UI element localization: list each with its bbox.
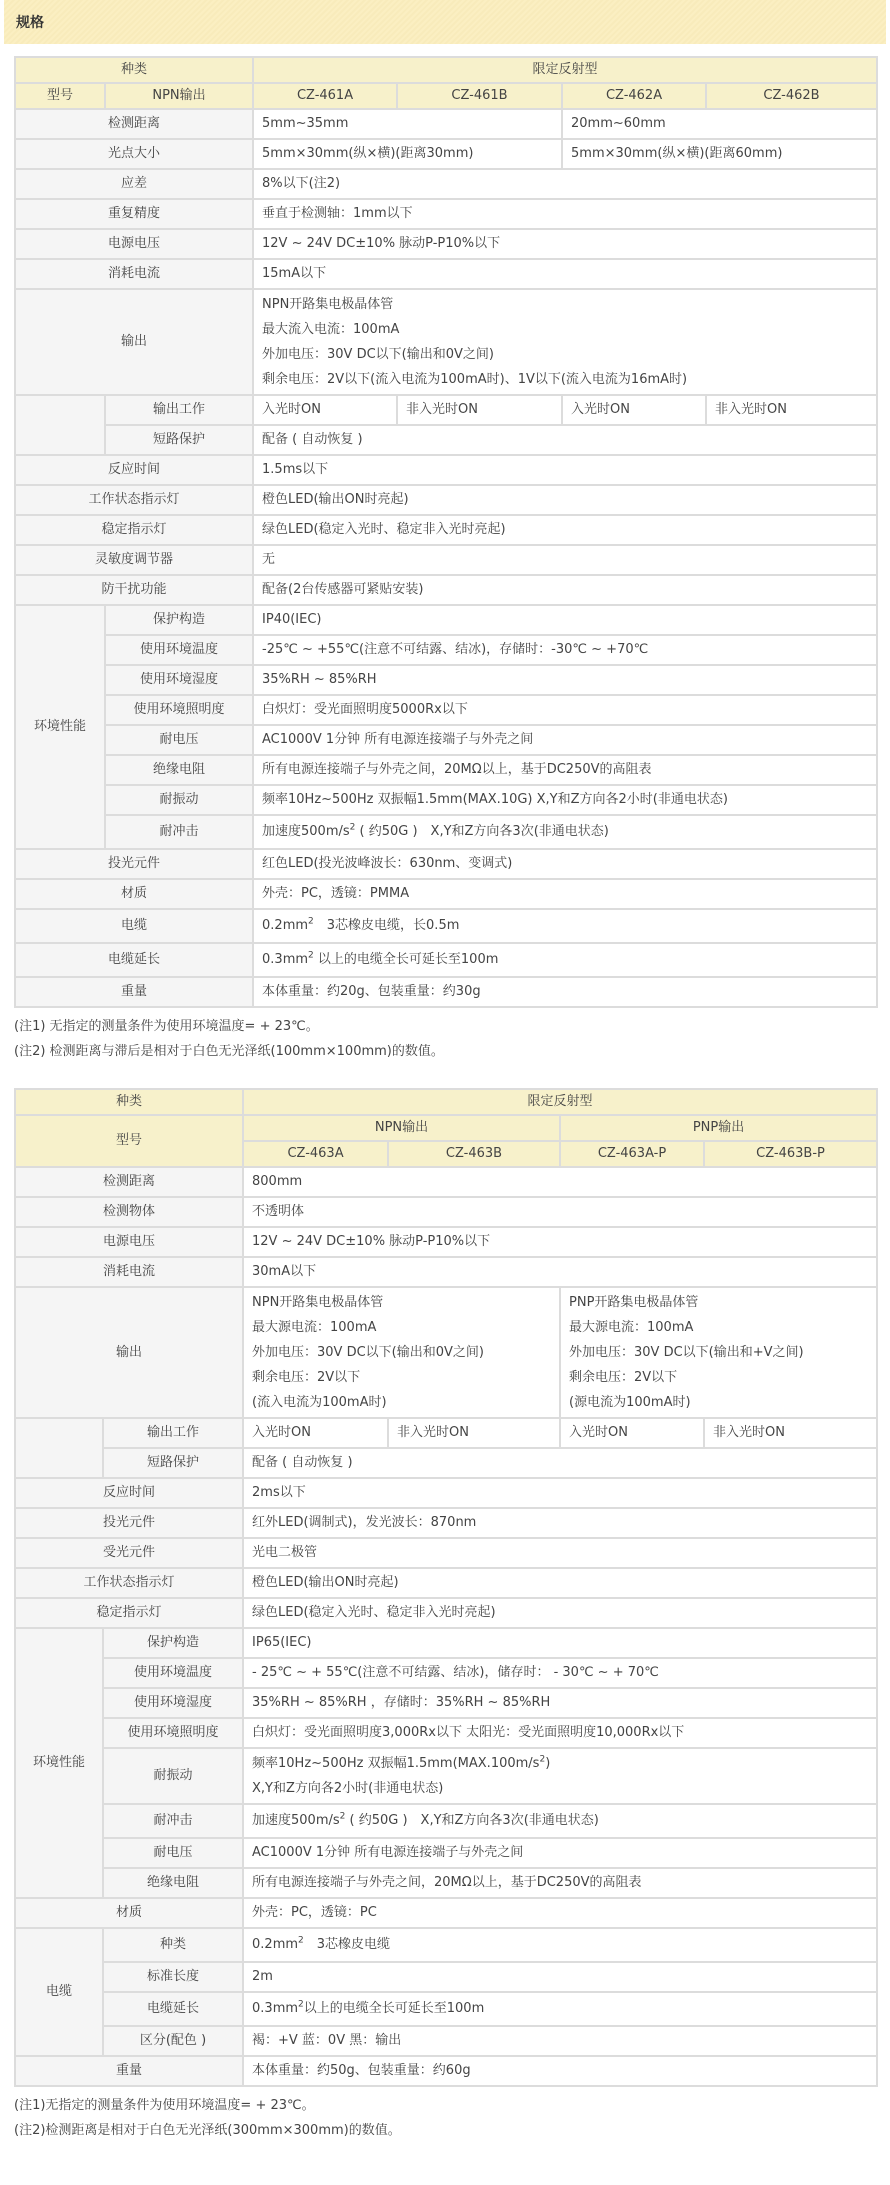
table-row: 电缆 种类 0.2mm2 3芯橡皮电缆: [15, 1928, 877, 1962]
row-label: 应差: [15, 169, 253, 199]
table-row: 环境性能 保护构造 IP65(IEC): [15, 1628, 877, 1658]
type-label: 种类: [15, 57, 253, 83]
row-label: 消耗电流: [15, 259, 253, 289]
row-label: 电缆延长: [15, 943, 253, 977]
row-label: 耐冲击: [103, 1804, 243, 1838]
row-label: 受光元件: [15, 1538, 243, 1568]
table-row: 区分(配色 ) 褐：+V 蓝：0V 黑：输出: [15, 2026, 877, 2056]
table-row: 电缆延长 0.3mm2 以上的电缆全长可延长至100m: [15, 943, 877, 977]
row-value: 所有电源连接端子与外壳之间，20MΩ以上，基于DC250V的高阻表: [253, 755, 877, 785]
table-row: 种类 限定反射型: [15, 1089, 877, 1115]
table-row: 工作状态指示灯 橙色LED(输出ON时亮起): [15, 485, 877, 515]
table-row: 输出工作 入光时ON 非入光时ON 入光时ON 非入光时ON: [15, 1418, 877, 1448]
row-label: 标准长度: [103, 1962, 243, 1992]
row-value: 0.2mm2 3芯橡皮电缆，长0.5m: [253, 909, 877, 943]
table-row: 绝缘电阻 所有电源连接端子与外壳之间，20MΩ以上，基于DC250V的高阻表: [15, 755, 877, 785]
row-label: 电缆延长: [103, 1992, 243, 2026]
row-label: 保护构造: [103, 1628, 243, 1658]
row-value: 0.3mm2以上的电缆全长可延长至100m: [243, 1992, 877, 2026]
output-spec: NPN开路集电极晶体管 最大流入电流：100mA 外加电压：30V DC以下(输…: [253, 289, 877, 395]
row-value: 5mm~35mm: [253, 109, 562, 139]
table-row: 型号 NPN输出 PNP输出: [15, 1115, 877, 1141]
table-row: 耐振动 频率10Hz~500Hz 双振幅1.5mm(MAX.100m/s2) X…: [15, 1748, 877, 1804]
row-label: 灵敏度调节器: [15, 545, 253, 575]
row-label: 耐电压: [103, 1838, 243, 1868]
row-value: 入光时ON: [562, 395, 706, 425]
model-label: 型号: [15, 83, 105, 109]
table-row: 受光元件 光电二极管: [15, 1538, 877, 1568]
table-row: 绝缘电阻 所有电源连接端子与外壳之间，20MΩ以上，基于DC250V的高阻表: [15, 1868, 877, 1898]
output-line: 最大流入电流：100mA: [262, 317, 868, 342]
row-value: 橙色LED(输出ON时亮起): [243, 1568, 877, 1598]
row-label: 短路保护: [103, 1448, 243, 1478]
table-row: 消耗电流 30mA以下: [15, 1257, 877, 1287]
row-label: 绝缘电阻: [105, 755, 253, 785]
group-cell: [15, 395, 105, 455]
pnp-output-label: PNP输出: [560, 1115, 877, 1141]
table-row: 使用环境照明度 白炽灯：受光面照明度3,000Rx以下 太阳光：受光面照明度10…: [15, 1718, 877, 1748]
row-label: 使用环境温度: [105, 635, 253, 665]
row-value: 无: [253, 545, 877, 575]
table-row: 投光元件 红色LED(投光波峰波长：630nm、变调式): [15, 849, 877, 879]
row-label: 投光元件: [15, 1508, 243, 1538]
row-label: 工作状态指示灯: [15, 485, 253, 515]
row-label: 区分(配色 ): [103, 2026, 243, 2056]
row-value: 30mA以下: [243, 1257, 877, 1287]
row-value: 2m: [243, 1962, 877, 1992]
row-label: 光点大小: [15, 139, 253, 169]
row-value: 入光时ON: [253, 395, 397, 425]
table-row: 稳定指示灯 绿色LED(稳定入光时、稳定非入光时亮起): [15, 515, 877, 545]
model-name: CZ-461B: [397, 83, 562, 109]
table-row: 耐电压 AC1000V 1分钟 所有电源连接端子与外壳之间: [15, 725, 877, 755]
output-line: PNP开路集电极晶体管: [569, 1290, 868, 1315]
model-name: CZ-463A-P: [560, 1141, 704, 1167]
npn-output-spec: NPN开路集电极晶体管 最大源电流：100mA 外加电压：30V DC以下(输出…: [243, 1287, 560, 1418]
row-value: 白炽灯：受光面照明度3,000Rx以下 太阳光：受光面照明度10,000Rx以下: [243, 1718, 877, 1748]
type-label: 种类: [15, 1089, 243, 1115]
table-row: 检测距离 5mm~35mm 20mm~60mm: [15, 109, 877, 139]
row-value: 12V ~ 24V DC±10% 脉动P-P10%以下: [253, 229, 877, 259]
group-label-environment: 环境性能: [15, 1628, 103, 1898]
model-name: CZ-463A: [243, 1141, 388, 1167]
table-row: 电源电压 12V ~ 24V DC±10% 脉动P-P10%以下: [15, 229, 877, 259]
row-value: 非入光时ON: [706, 395, 877, 425]
table-row: 材质 外壳：PC，透镜：PMMA: [15, 879, 877, 909]
table-row: 重量 本体重量：约50g、包装重量：约60g: [15, 2056, 877, 2086]
row-value: 0.2mm2 3芯橡皮电缆: [243, 1928, 877, 1962]
table-row: 防干扰功能 配备(2台传感器可紧贴安装): [15, 575, 877, 605]
table-row: 种类 限定反射型: [15, 57, 877, 83]
output-line: 外加电压：30V DC以下(输出和0V之间): [262, 342, 868, 367]
row-label: 材质: [15, 879, 253, 909]
group-label-cable: 电缆: [15, 1928, 103, 2056]
type-value: 限定反射型: [243, 1089, 877, 1115]
table-row: 短路保护 配备 ( 自动恢复 ): [15, 425, 877, 455]
row-value: 非入光时ON: [397, 395, 562, 425]
table1-notes: (注1) 无指定的测量条件为使用环境温度= + 23℃。 (注2) 检测距离与滞…: [14, 1014, 890, 1064]
row-label: 稳定指示灯: [15, 515, 253, 545]
table-row: 使用环境湿度 35%RH ~ 85%RH: [15, 665, 877, 695]
table-row: 电源电压 12V ~ 24V DC±10% 脉动P-P10%以下: [15, 1227, 877, 1257]
row-value: IP40(IEC): [253, 605, 877, 635]
table-row: 输出 NPN开路集电极晶体管 最大源电流：100mA 外加电压：30V DC以下…: [15, 1287, 877, 1418]
row-value: 外壳：PC，透镜：PC: [243, 1898, 877, 1928]
output-line: (源电流为100mA时): [569, 1390, 868, 1415]
row-label: 使用环境湿度: [105, 665, 253, 695]
row-value: 非入光时ON: [704, 1418, 877, 1448]
row-value: 加速度500m/s2 ( 约50G ) X,Y和Z方向各3次(非通电状态): [253, 815, 877, 849]
row-value: 红外LED(调制式)，发光波长：870nm: [243, 1508, 877, 1538]
row-label: 检测距离: [15, 109, 253, 139]
table-row: 重量 本体重量：约20g、包装重量：约30g: [15, 977, 877, 1007]
row-label: 电源电压: [15, 229, 253, 259]
table-row: 检测距离 800mm: [15, 1167, 877, 1197]
row-value: 入光时ON: [243, 1418, 388, 1448]
group-label-environment: 环境性能: [15, 605, 105, 849]
row-label: 使用环境湿度: [103, 1688, 243, 1718]
row-value: 配备(2台传感器可紧贴安装): [253, 575, 877, 605]
row-value: -25℃ ~ +55℃(注意不可结露、结冰)，存储时：-30℃ ~ +70℃: [253, 635, 877, 665]
row-label: 检测物体: [15, 1197, 243, 1227]
row-value: 35%RH ~ 85%RH: [253, 665, 877, 695]
table-row: 使用环境温度 -25℃ ~ +55℃(注意不可结露、结冰)，存储时：-30℃ ~…: [15, 635, 877, 665]
row-value: 红色LED(投光波峰波长：630nm、变调式): [253, 849, 877, 879]
row-label: 使用环境照明度: [103, 1718, 243, 1748]
row-value: 橙色LED(输出ON时亮起): [253, 485, 877, 515]
row-label: 反应时间: [15, 455, 253, 485]
row-value: 频率10Hz~500Hz 双振幅1.5mm(MAX.10G) X,Y和Z方向各2…: [253, 785, 877, 815]
row-label: 输出: [15, 1287, 243, 1418]
table2-notes: (注1)无指定的测量条件为使用环境温度= + 23℃。 (注2)检测距离是相对于…: [14, 2093, 890, 2143]
output-type-label: NPN输出: [105, 83, 253, 109]
group-cell: [15, 1418, 103, 1478]
row-value: 不透明体: [243, 1197, 877, 1227]
row-value: 配备 ( 自动恢复 ): [243, 1448, 877, 1478]
row-value: 褐：+V 蓝：0V 黑：输出: [243, 2026, 877, 2056]
row-label: 耐冲击: [105, 815, 253, 849]
model-name: CZ-463B-P: [704, 1141, 877, 1167]
row-value: 加速度500m/s2 ( 约50G ) X,Y和Z方向各3次(非通电状态): [243, 1804, 877, 1838]
output-line: 剩余电压：2V以下(流入电流为100mA时)、1V以下(流入电流为16mA时): [262, 367, 868, 392]
row-label: 检测距离: [15, 1167, 243, 1197]
output-line: NPN开路集电极晶体管: [252, 1290, 551, 1315]
row-label: 重复精度: [15, 199, 253, 229]
table-row: 耐振动 频率10Hz~500Hz 双振幅1.5mm(MAX.10G) X,Y和Z…: [15, 785, 877, 815]
row-label: 耐振动: [103, 1748, 243, 1804]
row-value: - 25℃ ~ + 55℃(注意不可结露、结冰)，储存时： - 30℃ ~ + …: [243, 1658, 877, 1688]
row-label: 使用环境照明度: [105, 695, 253, 725]
table-row: 电缆 0.2mm2 3芯橡皮电缆，长0.5m: [15, 909, 877, 943]
model-name: CZ-462B: [706, 83, 877, 109]
output-line: NPN开路集电极晶体管: [262, 292, 868, 317]
table-row: 稳定指示灯 绿色LED(稳定入光时、稳定非入光时亮起): [15, 1598, 877, 1628]
row-label: 工作状态指示灯: [15, 1568, 243, 1598]
table-row: 消耗电流 15mA以下: [15, 259, 877, 289]
table-row: 应差 8%以下(注2): [15, 169, 877, 199]
row-value: 本体重量：约50g、包装重量：约60g: [243, 2056, 877, 2086]
row-value: 2ms以下: [243, 1478, 877, 1508]
row-value: 15mA以下: [253, 259, 877, 289]
spec-table-cz463: 种类 限定反射型 型号 NPN输出 PNP输出 CZ-463A CZ-463B …: [14, 1088, 878, 2087]
table-row: 使用环境温度 - 25℃ ~ + 55℃(注意不可结露、结冰)，储存时： - 3…: [15, 1658, 877, 1688]
table-row: 工作状态指示灯 橙色LED(输出ON时亮起): [15, 1568, 877, 1598]
model-name: CZ-462A: [562, 83, 706, 109]
table-row: 短路保护 配备 ( 自动恢复 ): [15, 1448, 877, 1478]
table-row: 材质 外壳：PC，透镜：PC: [15, 1898, 877, 1928]
section-title: 规格: [16, 12, 44, 32]
row-label: 材质: [15, 1898, 243, 1928]
output-line: 外加电压：30V DC以下(输出和0V之间): [252, 1340, 551, 1365]
row-value: 绿色LED(稳定入光时、稳定非入光时亮起): [253, 515, 877, 545]
table-row: 使用环境照明度 白炽灯：受光面照明度5000Rx以下: [15, 695, 877, 725]
npn-output-label: NPN输出: [243, 1115, 560, 1141]
row-label: 耐振动: [105, 785, 253, 815]
table-row: 输出工作 入光时ON 非入光时ON 入光时ON 非入光时ON: [15, 395, 877, 425]
row-label: 使用环境温度: [103, 1658, 243, 1688]
table-row: 光点大小 5mm×30mm(纵×横)(距离30mm) 5mm×30mm(纵×横)…: [15, 139, 877, 169]
row-value: 5mm×30mm(纵×横)(距离30mm): [253, 139, 562, 169]
row-value: 外壳：PC，透镜：PMMA: [253, 879, 877, 909]
row-label: 绝缘电阻: [103, 1868, 243, 1898]
table-row: 重复精度 垂直于检测轴：1mm以下: [15, 199, 877, 229]
row-value: 800mm: [243, 1167, 877, 1197]
row-value: 入光时ON: [560, 1418, 704, 1448]
pnp-output-spec: PNP开路集电极晶体管 最大源电流：100mA 外加电压：30V DC以下(输出…: [560, 1287, 877, 1418]
row-value: 配备 ( 自动恢复 ): [253, 425, 877, 455]
row-value: 0.3mm2 以上的电缆全长可延长至100m: [253, 943, 877, 977]
table-row: 耐冲击 加速度500m/s2 ( 约50G ) X,Y和Z方向各3次(非通电状态…: [15, 815, 877, 849]
table-row: 反应时间 1.5ms以下: [15, 455, 877, 485]
row-value: 8%以下(注2): [253, 169, 877, 199]
row-value: 白炽灯：受光面照明度5000Rx以下: [253, 695, 877, 725]
table-row: 标准长度 2m: [15, 1962, 877, 1992]
row-value: 35%RH ~ 85%RH ，存储时：35%RH ~ 85%RH: [243, 1688, 877, 1718]
row-label: 耐电压: [105, 725, 253, 755]
table-row: 灵敏度调节器 无: [15, 545, 877, 575]
type-value: 限定反射型: [253, 57, 877, 83]
row-label: 重量: [15, 977, 253, 1007]
table-row: 输出 NPN开路集电极晶体管 最大流入电流：100mA 外加电压：30V DC以…: [15, 289, 877, 395]
output-line: 剩余电压：2V以下: [569, 1365, 868, 1390]
row-value: 光电二极管: [243, 1538, 877, 1568]
output-line: 最大源电流：100mA: [252, 1315, 551, 1340]
table-row: 电缆延长 0.3mm2以上的电缆全长可延长至100m: [15, 1992, 877, 2026]
row-label: 投光元件: [15, 849, 253, 879]
footnote: (注1)无指定的测量条件为使用环境温度= + 23℃。: [14, 2093, 890, 2118]
row-value: 垂直于检测轴：1mm以下: [253, 199, 877, 229]
row-label: 反应时间: [15, 1478, 243, 1508]
row-value: 非入光时ON: [388, 1418, 560, 1448]
table-row: 反应时间 2ms以下: [15, 1478, 877, 1508]
row-label: 防干扰功能: [15, 575, 253, 605]
model-label: 型号: [15, 1115, 243, 1167]
section-header-specs: 规格: [4, 0, 886, 44]
row-label: 输出: [15, 289, 253, 395]
row-value: 频率10Hz~500Hz 双振幅1.5mm(MAX.100m/s2) X,Y和Z…: [243, 1748, 877, 1804]
table-row: 环境性能 保护构造 IP40(IEC): [15, 605, 877, 635]
footnote: (注2)检测距离是相对于白色无光泽纸(300mm×300mm)的数值。: [14, 2118, 890, 2143]
row-value: 绿色LED(稳定入光时、稳定非入光时亮起): [243, 1598, 877, 1628]
row-value: 1.5ms以下: [253, 455, 877, 485]
output-line: 剩余电压：2V以下: [252, 1365, 551, 1390]
row-value: AC1000V 1分钟 所有电源连接端子与外壳之间: [243, 1838, 877, 1868]
row-value: 20mm~60mm: [562, 109, 877, 139]
output-line: 最大源电流：100mA: [569, 1315, 868, 1340]
table-row: 型号 NPN输出 CZ-461A CZ-461B CZ-462A CZ-462B: [15, 83, 877, 109]
model-name: CZ-463B: [388, 1141, 560, 1167]
row-label: 电源电压: [15, 1227, 243, 1257]
row-label: 消耗电流: [15, 1257, 243, 1287]
row-value: AC1000V 1分钟 所有电源连接端子与外壳之间: [253, 725, 877, 755]
table-row: 耐冲击 加速度500m/s2 ( 约50G ) X,Y和Z方向各3次(非通电状态…: [15, 1804, 877, 1838]
row-value: 所有电源连接端子与外壳之间，20MΩ以上，基于DC250V的高阻表: [243, 1868, 877, 1898]
row-label: 短路保护: [105, 425, 253, 455]
table-row: 检测物体 不透明体: [15, 1197, 877, 1227]
model-name: CZ-461A: [253, 83, 397, 109]
row-label: 种类: [103, 1928, 243, 1962]
output-line: 外加电压：30V DC以下(输出和+V之间): [569, 1340, 868, 1365]
row-value: 5mm×30mm(纵×横)(距离60mm): [562, 139, 877, 169]
spec-table-cz461-462: 种类 限定反射型 型号 NPN输出 CZ-461A CZ-461B CZ-462…: [14, 56, 878, 1008]
row-value: 12V ~ 24V DC±10% 脉动P-P10%以下: [243, 1227, 877, 1257]
table-row: 投光元件 红外LED(调制式)，发光波长：870nm: [15, 1508, 877, 1538]
row-label: 重量: [15, 2056, 243, 2086]
row-label: 输出工作: [103, 1418, 243, 1448]
row-value: IP65(IEC): [243, 1628, 877, 1658]
row-label: 输出工作: [105, 395, 253, 425]
footnote: (注1) 无指定的测量条件为使用环境温度= + 23℃。: [14, 1014, 890, 1039]
table-row: 耐电压 AC1000V 1分钟 所有电源连接端子与外壳之间: [15, 1838, 877, 1868]
row-label: 保护构造: [105, 605, 253, 635]
output-line: (流入电流为100mA时): [252, 1390, 551, 1415]
row-value: 本体重量：约20g、包装重量：约30g: [253, 977, 877, 1007]
row-label: 电缆: [15, 909, 253, 943]
row-label: 稳定指示灯: [15, 1598, 243, 1628]
table-row: 使用环境湿度 35%RH ~ 85%RH ，存储时：35%RH ~ 85%RH: [15, 1688, 877, 1718]
footnote: (注2) 检测距离与滞后是相对于白色无光泽纸(100mm×100mm)的数值。: [14, 1039, 890, 1064]
